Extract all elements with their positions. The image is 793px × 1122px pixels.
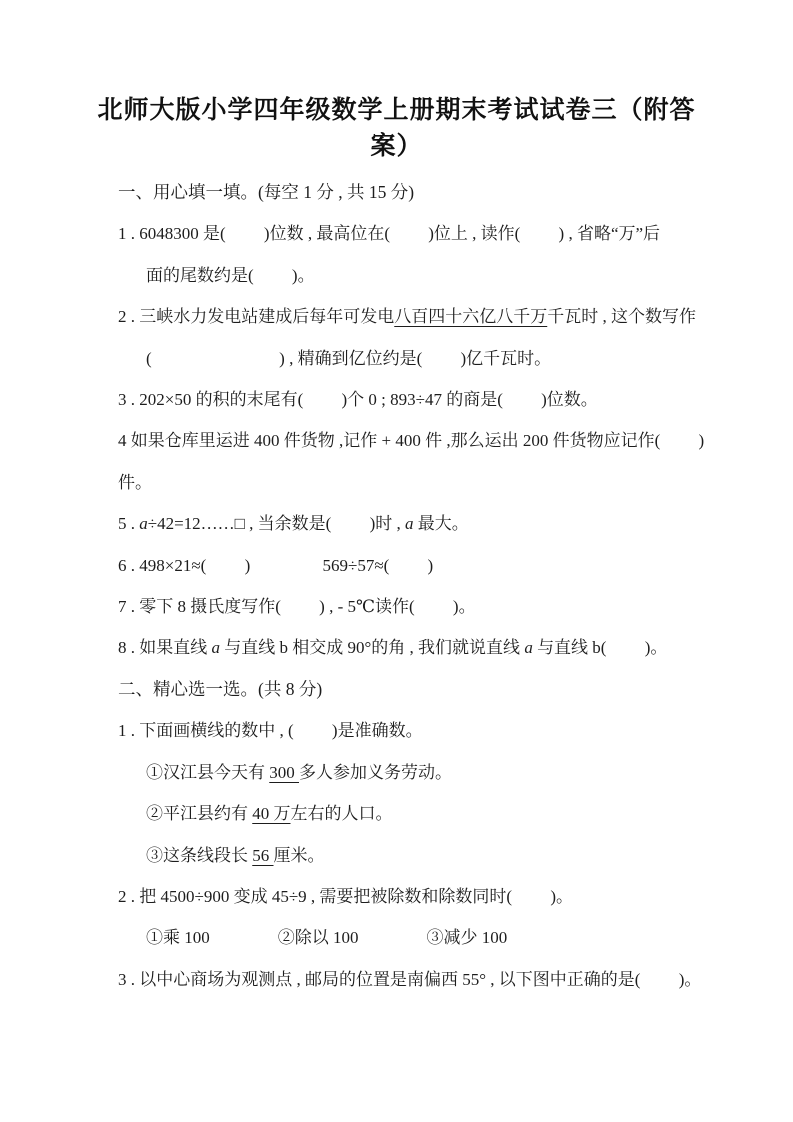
text-run: 厘米。	[274, 846, 325, 865]
section1-heading: 一、用心填一填。(每空 1 分 , 共 15 分)	[118, 172, 790, 213]
s1-q7: 7 . 零下 8 摄氏度写作( ) , - 5℃读作( )。	[118, 586, 790, 627]
text-run: 面的尾数约是( )。	[146, 266, 315, 285]
text-run: 一、用心填一填。(每空 1 分 , 共 15 分)	[118, 182, 414, 202]
text-run: 与直线 b 相交成 90°的角 , 我们就说直线	[220, 638, 524, 657]
s1-q1-line1: 1 . 6048300 是( )位数 , 最高位在( )位上 , 读作( ) ,…	[118, 213, 790, 254]
s2-q1: 1 . 下面画横线的数中 , ( )是准确数。	[118, 710, 790, 751]
text-run: 7 . 零下 8 摄氏度写作( ) , - 5℃读作( )。	[118, 597, 476, 616]
exam-page: 北师大版小学四年级数学上册期末考试试卷三（附答案） 一、用心填一填。(每空 1 …	[0, 0, 793, 1122]
text-run: ( ) , 精确到亿位约是( )亿千瓦时。	[146, 349, 551, 368]
s1-q2-line1: 2 . 三峡水力发电站建成后每年可发电八百四十六亿八千万千瓦时 , 这个数写作	[118, 296, 790, 337]
text-run: 二、精心选一选。(共 8 分)	[118, 679, 322, 699]
s2-q1-option1: ①汉江县今天有 300 多人参加义务劳动。	[118, 752, 793, 793]
text-run: ①汉江县今天有	[146, 763, 269, 782]
text-run: 5 .	[118, 514, 139, 533]
text-run: 最大。	[414, 514, 469, 533]
text-run: ②平江县约有	[146, 804, 252, 823]
text-run: a	[139, 514, 148, 533]
text-run: 与直线 b( )。	[533, 638, 668, 657]
text-run: a	[405, 514, 414, 533]
text-run: 40 万	[252, 804, 290, 823]
text-run: 八百四十六亿八千万	[394, 307, 547, 326]
s1-q2-line2: ( ) , 精确到亿位约是( )亿千瓦时。	[118, 338, 793, 379]
s1-q3: 3 . 202×50 的积的末尾有( )个 0 ; 893÷47 的商是( )位…	[118, 379, 790, 420]
text-run: 300	[269, 763, 299, 782]
s2-q2: 2 . 把 4500÷900 变成 45÷9 , 需要把被除数和除数同时( )。	[118, 876, 790, 917]
text-run: 1 . 6048300 是( )位数 , 最高位在( )位上 , 读作( ) ,…	[118, 224, 660, 243]
text-run: 3 . 202×50 的积的末尾有( )个 0 ; 893÷47 的商是( )位…	[118, 390, 598, 409]
text-run: 1 . 下面画横线的数中 , ( )是准确数。	[118, 721, 423, 740]
text-run: 4 如果仓库里运进 400 件货物 ,记作 + 400 件 ,那么运出 200 …	[118, 431, 704, 450]
text-run: 6 . 498×21≈( ) 569÷57≈( )	[118, 556, 433, 575]
text-run: ③这条线段长	[146, 846, 252, 865]
text-run: 56	[252, 846, 273, 865]
text-run: a	[212, 638, 221, 657]
text-run: 左右的人口。	[291, 804, 393, 823]
s1-q6: 6 . 498×21≈( ) 569÷57≈( )	[118, 545, 790, 586]
text-run: ①乘 100 ②除以 100 ③减少 100	[146, 928, 507, 947]
text-run: a	[524, 638, 533, 657]
s2-q3: 3 . 以中心商场为观测点 , 邮局的位置是南偏西 55° , 以下图中正确的是…	[118, 959, 790, 1000]
s2-q1-option3: ③这条线段长 56 厘米。	[118, 835, 793, 876]
page-title: 北师大版小学四年级数学上册期末考试试卷三（附答案）	[90, 92, 703, 164]
text-run: 2 . 三峡水力发电站建成后每年可发电	[118, 307, 394, 326]
section2-heading: 二、精心选一选。(共 8 分)	[118, 669, 790, 710]
s2-q1-option2: ②平江县约有 40 万左右的人口。	[118, 793, 793, 834]
text-run: 8 . 如果直线	[118, 638, 212, 657]
s1-q4-line2: 件。	[118, 462, 790, 503]
s1-q4-line1: 4 如果仓库里运进 400 件货物 ,记作 + 400 件 ,那么运出 200 …	[118, 420, 790, 461]
s1-q1-line2: 面的尾数约是( )。	[118, 255, 793, 296]
s1-q8: 8 . 如果直线 a 与直线 b 相交成 90°的角 , 我们就说直线 a 与直…	[118, 627, 790, 668]
text-run: 千瓦时 , 这个数写作	[547, 307, 696, 326]
text-run: 3 . 以中心商场为观测点 , 邮局的位置是南偏西 55° , 以下图中正确的是…	[118, 970, 701, 989]
s2-q2-options: ①乘 100 ②除以 100 ③减少 100	[118, 917, 793, 958]
text-run: 2 . 把 4500÷900 变成 45÷9 , 需要把被除数和除数同时( )。	[118, 887, 573, 906]
text-run: 多人参加义务劳动。	[299, 763, 452, 782]
text-run: ÷42=12……□ , 当余数是( )时 ,	[148, 514, 405, 533]
text-run: 件。	[118, 473, 152, 492]
s1-q5: 5 . a÷42=12……□ , 当余数是( )时 , a 最大。	[118, 503, 790, 544]
